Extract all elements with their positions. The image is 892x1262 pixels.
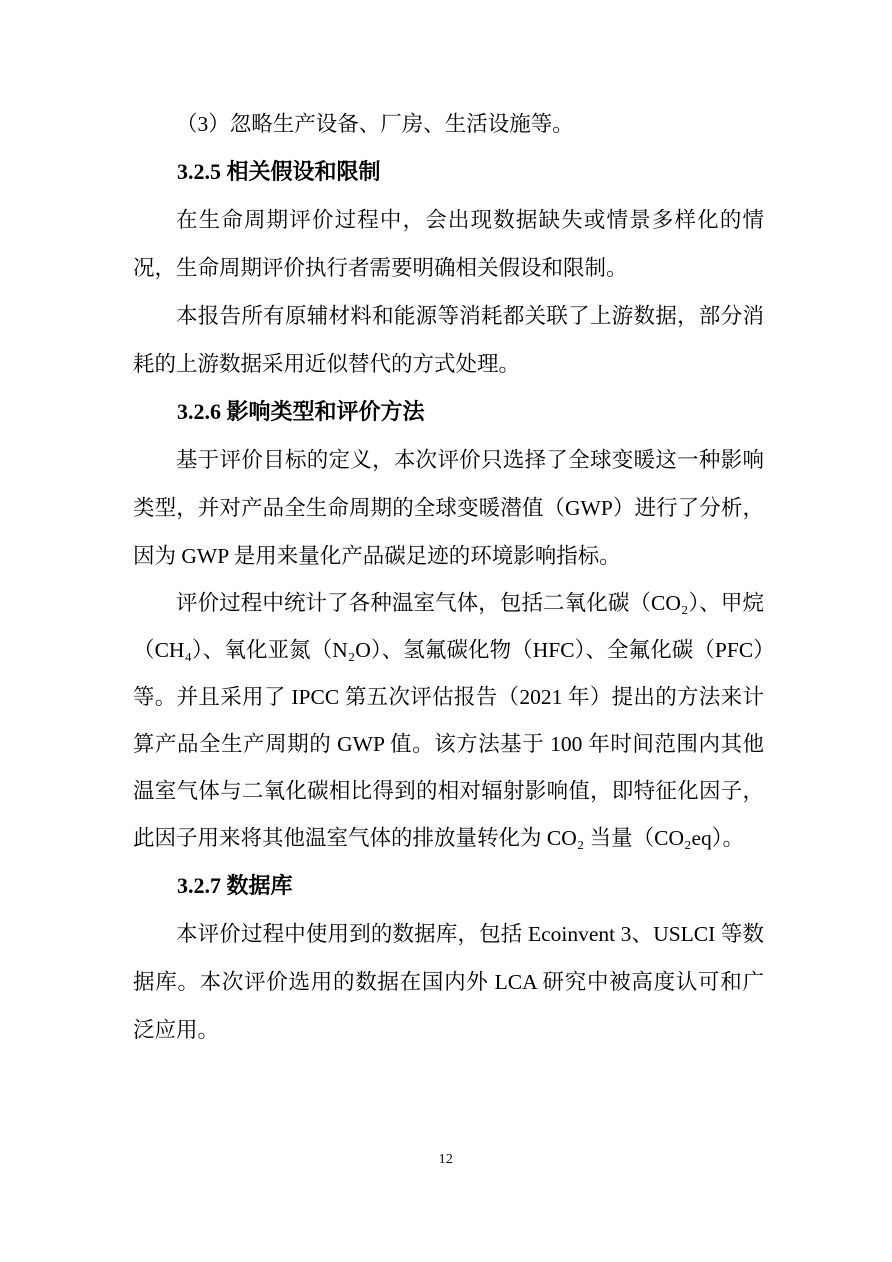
paragraph-assumptions-intro: 在生命周期评价过程中，会出现数据缺失或情景多样化的情况，生命周期评价执行者需要明…	[133, 196, 764, 292]
paragraph-gwp-selection: 基于评价目标的定义，本次评价只选择了全球变暖这一种影响类型，并对产品全生命周期的…	[133, 436, 764, 580]
document-page: （3）忽略生产设备、厂房、生活设施等。 3.2.5 相关假设和限制 在生命周期评…	[0, 0, 892, 1262]
paragraph-greenhouse-gases: 评价过程中统计了各种温室气体，包括二氧化碳（CO₂）、甲烷（CH₄）、氧化亚氮（…	[133, 580, 764, 862]
page-content: （3）忽略生产设备、厂房、生活设施等。 3.2.5 相关假设和限制 在生命周期评…	[133, 100, 764, 1054]
page-number: 12	[439, 1151, 454, 1166]
paragraph-omitted-items: （3）忽略生产设备、厂房、生活设施等。	[133, 100, 764, 148]
paragraph-databases-used: 本评价过程中使用到的数据库，包括 Ecoinvent 3、USLCI 等数据库。…	[133, 910, 764, 1054]
heading-3-2-6-impact-types-and-methods: 3.2.6 影响类型和评价方法	[133, 388, 764, 436]
heading-3-2-7-database: 3.2.7 数据库	[133, 862, 764, 910]
heading-3-2-5-assumptions-and-limitations: 3.2.5 相关假设和限制	[133, 148, 764, 196]
page-footer: 12	[0, 1150, 892, 1168]
paragraph-upstream-data: 本报告所有原辅材料和能源等消耗都关联了上游数据，部分消耗的上游数据采用近似替代的…	[133, 292, 764, 388]
